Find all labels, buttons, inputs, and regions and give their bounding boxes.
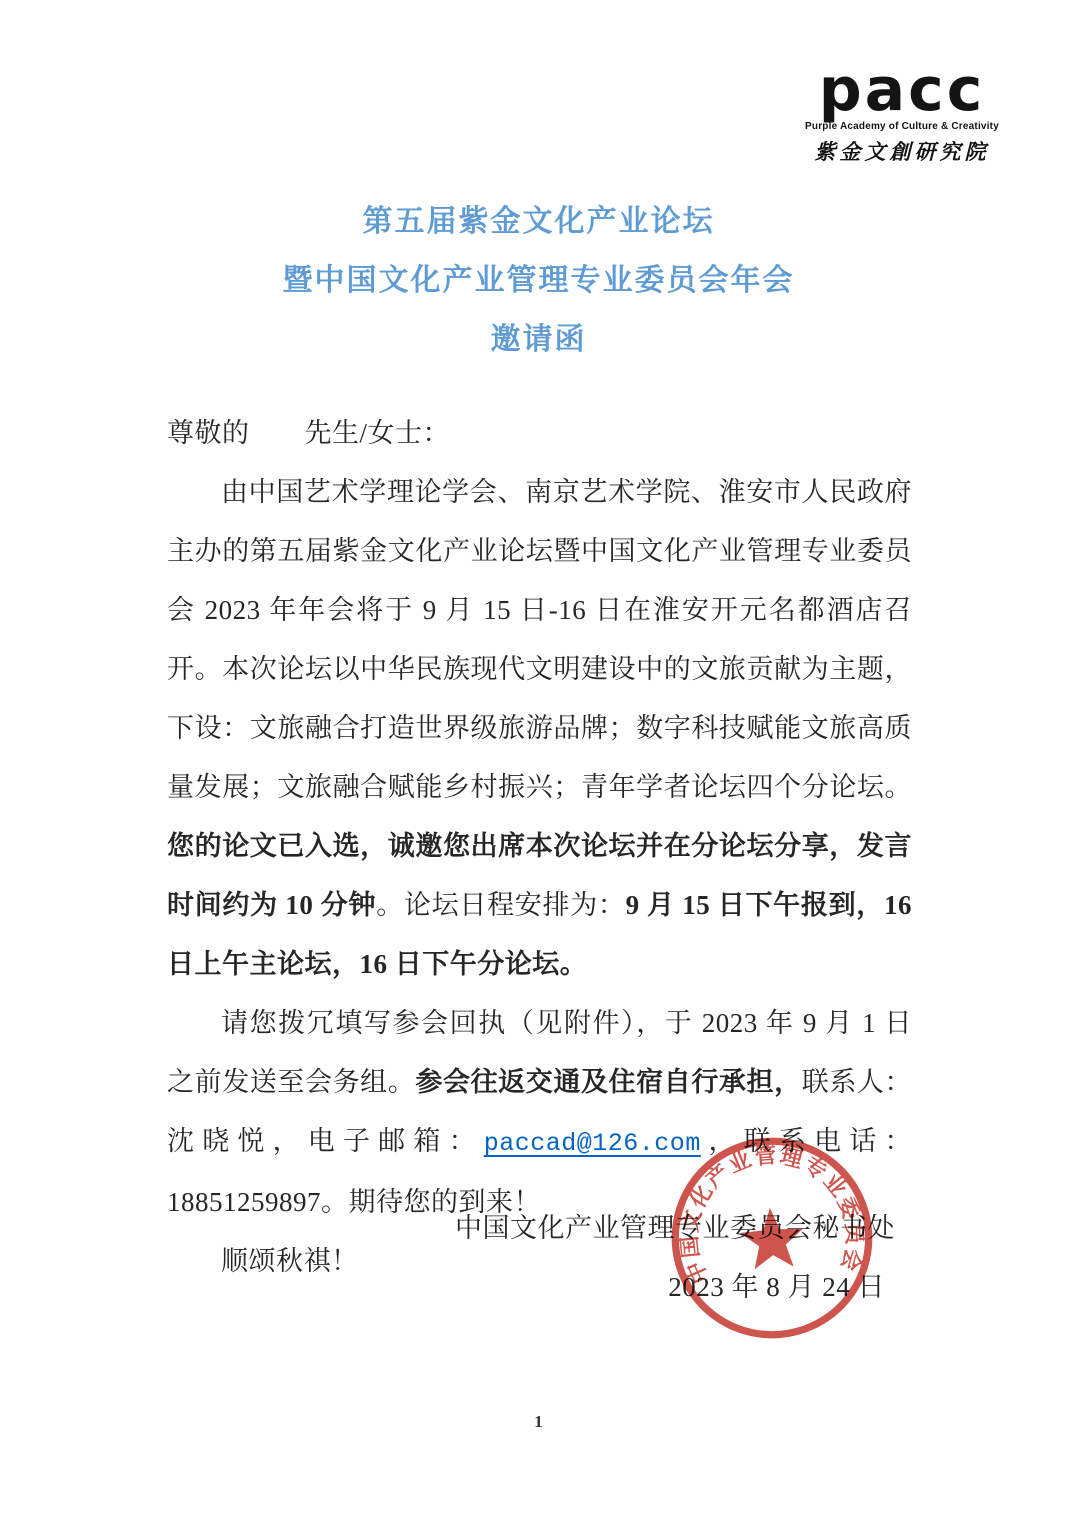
pacc-logo-subtitle-en: Purple Academy of Culture & Creativity [797, 121, 1007, 132]
email-link[interactable]: paccad@126.com [484, 1129, 701, 1158]
title-line-invitation: 邀请函 [0, 310, 1077, 369]
text-segment: 参会往返交通及住宿自行承担， [415, 1067, 801, 1097]
text-segment: 由中国艺术学理论学会、南京艺术学院、淮安市人民政府主办的第五届紫金文化产业论坛暨… [167, 477, 912, 802]
title-line-forum: 第五届紫金文化产业论坛 [0, 192, 1077, 251]
title-line-committee: 暨中国文化产业管理专业委员会年会 [0, 251, 1077, 310]
pacc-logo-wordmark: pacc [797, 60, 1007, 120]
text-segment: 。论坛日程安排为： [376, 890, 625, 920]
page-number: 1 [0, 1412, 1077, 1432]
paragraph-forum-intro: 由中国艺术学理论学会、南京艺术学院、淮安市人民政府主办的第五届紫金文化产业论坛暨… [167, 463, 912, 994]
letter-body: 尊敬的 先生/女士： 由中国艺术学理论学会、南京艺术学院、淮安市人民政府主办的第… [167, 404, 912, 1291]
salutation: 尊敬的 先生/女士： [167, 404, 912, 463]
paragraph-reply-instructions: 请您拨冗填写参会回执（见附件），于 2023 年 9 月 1 日之前发送至会务组… [167, 994, 912, 1232]
signature-block: 中国文化产业管理专业委员会秘书处 2023 年 8 月 24 日 [455, 1206, 895, 1309]
signature-organization: 中国文化产业管理专业委员会秘书处 [455, 1206, 895, 1250]
invitation-letter-page: pacc Purple Academy of Culture & Creativ… [0, 0, 1077, 1524]
pacc-logo-subtitle-zh: 紫金文創研究院 [797, 136, 1007, 166]
pacc-logo: pacc Purple Academy of Culture & Creativ… [797, 60, 1007, 166]
signature-date: 2023 年 8 月 24 日 [455, 1265, 895, 1309]
document-title: 第五届紫金文化产业论坛 暨中国文化产业管理专业委员会年会 邀请函 [0, 192, 1077, 369]
